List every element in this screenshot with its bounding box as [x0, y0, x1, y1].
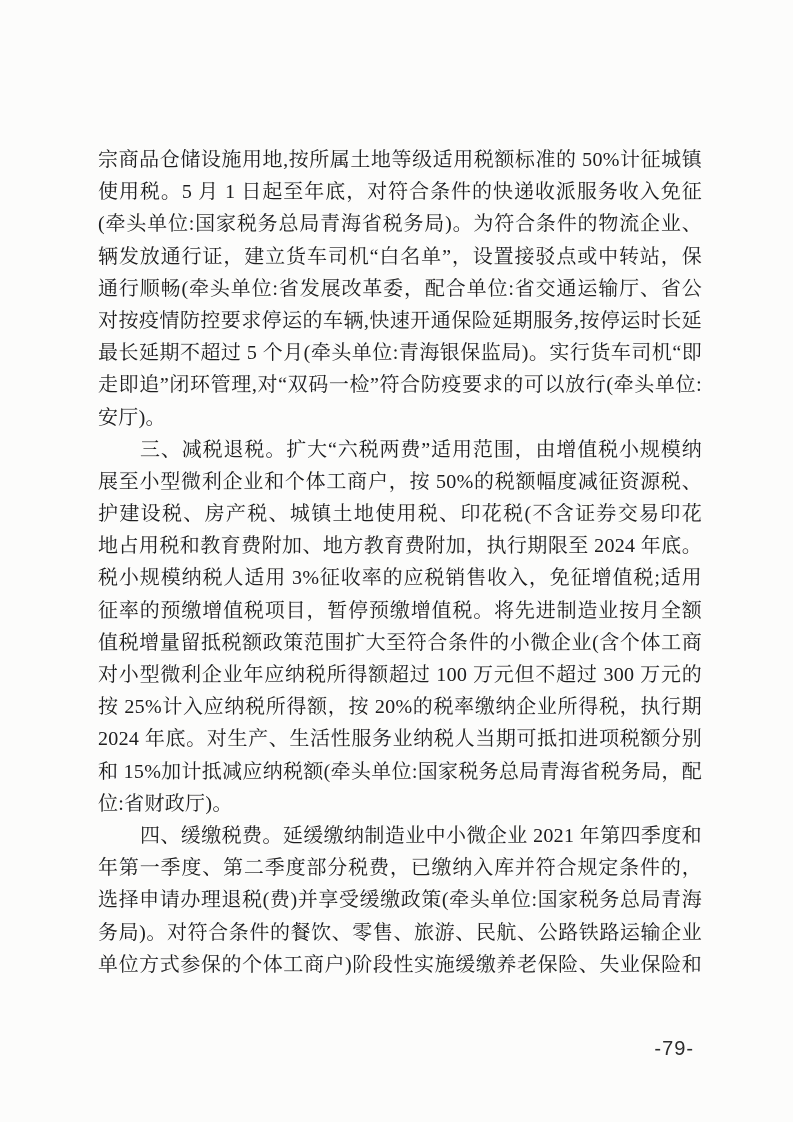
text-line: 值税增量留抵税额政策范围扩大至符合条件的小微企业(含个体工商户)。 — [98, 627, 702, 659]
text-line: 2024 年底。对生产、生活性服务业纳税人当期可抵扣进项税额分别按 10% — [98, 723, 702, 755]
text-line: 征率的预缴增值税项目，暂停预缴增值税。将先进制造业按月全额退还增 — [98, 595, 702, 627]
page-number: -79- — [0, 1038, 793, 1061]
text-line: 护建设税、房产税、城镇土地使用税、印花税(不含证券交易印花税)、耕 — [98, 498, 702, 530]
text-line: 对小型微利企业年应纳税所得额超过 100 万元但不超过 300 万元的部分， — [98, 659, 702, 691]
text-line: 安厅)。 — [98, 402, 702, 434]
text-line: 位:省财政厅)。 — [98, 788, 702, 820]
paragraph: 四、缓缴税费。延缓缴纳制造业中小微企业 2021 年第四季度和 2022年第一季… — [98, 820, 702, 981]
text-line: (牵头单位:国家税务总局青海省税务局)。为符合条件的物流企业、货运车 — [98, 208, 702, 240]
page-body: 宗商品仓储设施用地,按所属土地等级适用税额标准的 50%计征城镇土地使用税。5 … — [98, 144, 702, 981]
text-line: 四、缓缴税费。延缓缴纳制造业中小微企业 2021 年第四季度和 2022 — [98, 820, 702, 852]
text-line: 选择申请办理退税(费)并享受缓缴政策(牵头单位:国家税务总局青海省税 — [98, 884, 702, 916]
text-line: 使用税。5 月 1 日起至年底，对符合条件的快递收派服务收入免征增值税 — [98, 176, 702, 208]
text-line: 对按疫情防控要求停运的车辆,快速开通保险延期服务,按停运时长延保, — [98, 305, 702, 337]
text-line: 地占用税和教育费附加、地方教育费附加，执行期限至 2024 年底。增值 — [98, 530, 702, 562]
text-line: 最长延期不超过 5 个月(牵头单位:青海银保监局)。实行货车司机“即采即 — [98, 337, 702, 369]
text-line: 宗商品仓储设施用地,按所属土地等级适用税额标准的 50%计征城镇土地 — [98, 144, 702, 176]
text-line: 按 25%计入应纳税所得额，按 20%的税率缴纳企业所得税，执行期限至 — [98, 691, 702, 723]
text-line: 走即追”闭环管理,对“双码一检”符合防疫要求的可以放行(牵头单位:省公 — [98, 369, 702, 401]
text-line: 税小规模纳税人适用 3%征收率的应税销售收入，免征增值税;适用 3%预 — [98, 562, 702, 594]
paragraph: 宗商品仓储设施用地,按所属土地等级适用税额标准的 50%计征城镇土地使用税。5 … — [98, 144, 702, 434]
text-line: 通行顺畅(牵头单位:省发展改革委，配合单位:省交通运输厅、省公安厅)。 — [98, 273, 702, 305]
paragraph: 三、减税退税。扩大“六税两费”适用范围，由增值税小规模纳税人扩展至小型微利企业和… — [98, 434, 702, 820]
text-line: 年第一季度、第二季度部分税费，已缴纳入库并符合规定条件的，可自愿 — [98, 852, 702, 884]
text-line: 务局)。对符合条件的餐饮、零售、旅游、民航、公路铁路运输企业(含以 — [98, 917, 702, 949]
text-line: 辆发放通行证，建立货车司机“白名单”，设置接驳点或中转站，保障货车 — [98, 241, 702, 273]
text-line: 单位方式参保的个体工商户)阶段性实施缓缴养老保险、失业保险和工伤 — [98, 949, 702, 981]
text-line: 三、减税退税。扩大“六税两费”适用范围，由增值税小规模纳税人扩 — [98, 434, 702, 466]
text-line: 和 15%加计抵减应纳税额(牵头单位:国家税务总局青海省税务局，配合单 — [98, 756, 702, 788]
document-page: 宗商品仓储设施用地,按所属土地等级适用税额标准的 50%计征城镇土地使用税。5 … — [0, 0, 793, 1122]
text-line: 展至小型微利企业和个体工商户，按 50%的税额幅度减征资源税、城市维 — [98, 466, 702, 498]
